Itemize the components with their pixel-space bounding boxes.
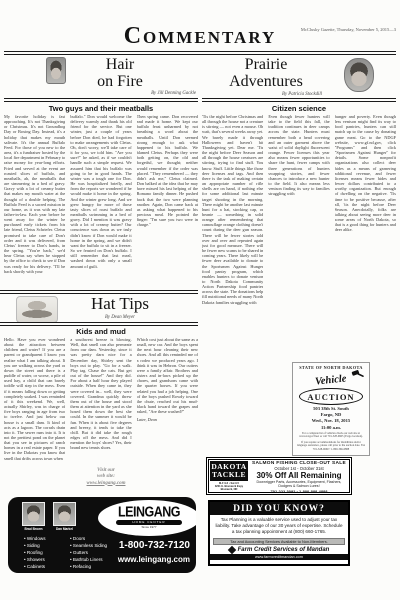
dakota-tackle-ad: DAKOTA TACKLE M-F 9-6 • Sat 9-5 3201 E. … bbox=[206, 457, 352, 495]
article-column: a southwest breeze is blowing. Well, tha… bbox=[70, 337, 131, 463]
leingang-since: Since 1977 bbox=[98, 525, 196, 529]
tackle-sale-info: SALMON FISHING CLOSE-OUT SALE October 1s… bbox=[249, 460, 349, 492]
newspaper-page: McClusky Gazette, Thursday, November 5, … bbox=[0, 0, 400, 600]
sale-items: Downrigger Parts, Accessories, Equipment… bbox=[249, 480, 349, 489]
vehicle-auction-ad: STATE OF NORTH DAKOTA Vehicle AUCTION 50… bbox=[292, 362, 370, 456]
tackle-logo: DAKOTA TACKLE bbox=[210, 461, 248, 481]
salesman-name: Dan Markel bbox=[53, 527, 76, 531]
salesman-photo bbox=[53, 502, 76, 526]
leingang-banner: HOME CENTER bbox=[116, 520, 181, 525]
website-promo: Visit our web site: www.leingang.com bbox=[74, 468, 138, 487]
dyk-company-name: Farm Credit Services of Mandan bbox=[238, 547, 330, 553]
article-column: Hello. Have you ever wondered about the … bbox=[4, 337, 65, 487]
dyk-body-text: Tax Planning is a valuable service used … bbox=[210, 515, 348, 538]
article-column: Even though fewer hunters will take to t… bbox=[268, 114, 329, 358]
leingang-logo: LEINGANG HOME CENTER Since 1977 bbox=[98, 500, 196, 536]
article-column: hunger and poverty. Even though less ven… bbox=[335, 114, 396, 358]
dyk-website: www.farmcreditmandan.com bbox=[210, 554, 348, 560]
gavel-icon bbox=[351, 369, 365, 379]
leingang-ad: Brad Brown Dan Markel LEINGANG HOME CENT… bbox=[8, 497, 196, 573]
sale-offer: 30% Off All Remaining bbox=[249, 471, 349, 480]
byline-prairie-adventures: By Patricia Stockdill bbox=[226, 92, 322, 97]
column-signoff: Later, Dean bbox=[137, 417, 198, 422]
headline-citizen-science: Citizen science bbox=[202, 104, 396, 113]
column-title-hat-tips: Hat Tips bbox=[60, 295, 180, 313]
auction-script-title: Vehicle bbox=[315, 373, 347, 387]
tackle-logo-block: DAKOTA TACKLE M-F 9-6 • Sat 9-5 3201 E. … bbox=[209, 460, 249, 492]
article-body-hair-on-fire: My favorite holiday is fast approaching.… bbox=[4, 114, 198, 288]
auction-fine-print: For a complete list of vehicles check ou… bbox=[293, 431, 369, 440]
headline-kids-and-mud: Kids and mud bbox=[4, 327, 198, 336]
salesmen-photos: Brad Brown Dan Markel bbox=[22, 502, 76, 531]
auction-fine-print: If you require accommodations for disabi… bbox=[293, 440, 369, 452]
services-list-1: Windows Siding Roofing Showers Cabinets bbox=[24, 536, 66, 570]
header-rule-right bbox=[202, 98, 396, 102]
dyk-company-row: Farm Credit Services of Mandan bbox=[210, 547, 348, 553]
page-title: Commentary bbox=[0, 24, 400, 48]
article-column: 'Tis the night before Christmas and all … bbox=[202, 114, 263, 458]
salesman-photo bbox=[22, 502, 45, 526]
column-title-hair-on-fire: Hair on Fire bbox=[68, 57, 172, 91]
auction-title: AUCTION bbox=[299, 388, 363, 405]
promo-url: www.leingang.com bbox=[74, 481, 138, 487]
masthead-rule bbox=[4, 51, 396, 55]
dyk-header: DID YOU KNOW? bbox=[210, 502, 348, 515]
hat-tips-mid-rule bbox=[0, 322, 198, 326]
leingang-phone: 1-800-732-7120 bbox=[119, 540, 190, 551]
column-title-prairie-adventures: Prairie Adventures bbox=[210, 57, 322, 91]
article-column: buffalo." Don would welcome the delivery… bbox=[70, 114, 131, 288]
leingang-brand-text: LEINGANG bbox=[98, 505, 196, 519]
byline-hat-tips: By Dean Meyer bbox=[60, 315, 180, 320]
salesman: Dan Markel bbox=[53, 502, 76, 531]
farm-credit-diamond-icon bbox=[227, 545, 235, 553]
article-column: Which cost just about the same as a smal… bbox=[137, 337, 198, 487]
tackle-address: M-F 9-6 • Sat 9-5 3201 E. Bismarck Expy … bbox=[210, 482, 248, 491]
did-you-know-ad: DID YOU KNOW? Tax Planning is a valuable… bbox=[208, 500, 350, 566]
columnist-photo-prairie-adventures bbox=[344, 58, 374, 92]
tackle-phones: 701-222-3092 • 1-800-888-4888 bbox=[249, 489, 349, 494]
dyk-nonmembers-strip: Tax and Accounting Services Available to… bbox=[213, 538, 345, 545]
hat-photo bbox=[16, 296, 58, 323]
columnist-photo-hair-on-fire bbox=[46, 57, 66, 84]
salesman: Brad Brown bbox=[22, 502, 45, 531]
byline-hair-on-fire: By Jill Denning Gackle bbox=[100, 91, 196, 96]
header-rule-left bbox=[4, 98, 198, 102]
article-column: Then spring came. Don recovered and made… bbox=[137, 114, 198, 288]
article-column: My favorite holiday is fast approaching.… bbox=[4, 114, 65, 288]
headline-hair-on-fire: Two guys and their meatballs bbox=[4, 104, 198, 113]
salesman-name: Brad Brown bbox=[22, 527, 45, 531]
leingang-website: www.leingang.com bbox=[118, 555, 190, 564]
